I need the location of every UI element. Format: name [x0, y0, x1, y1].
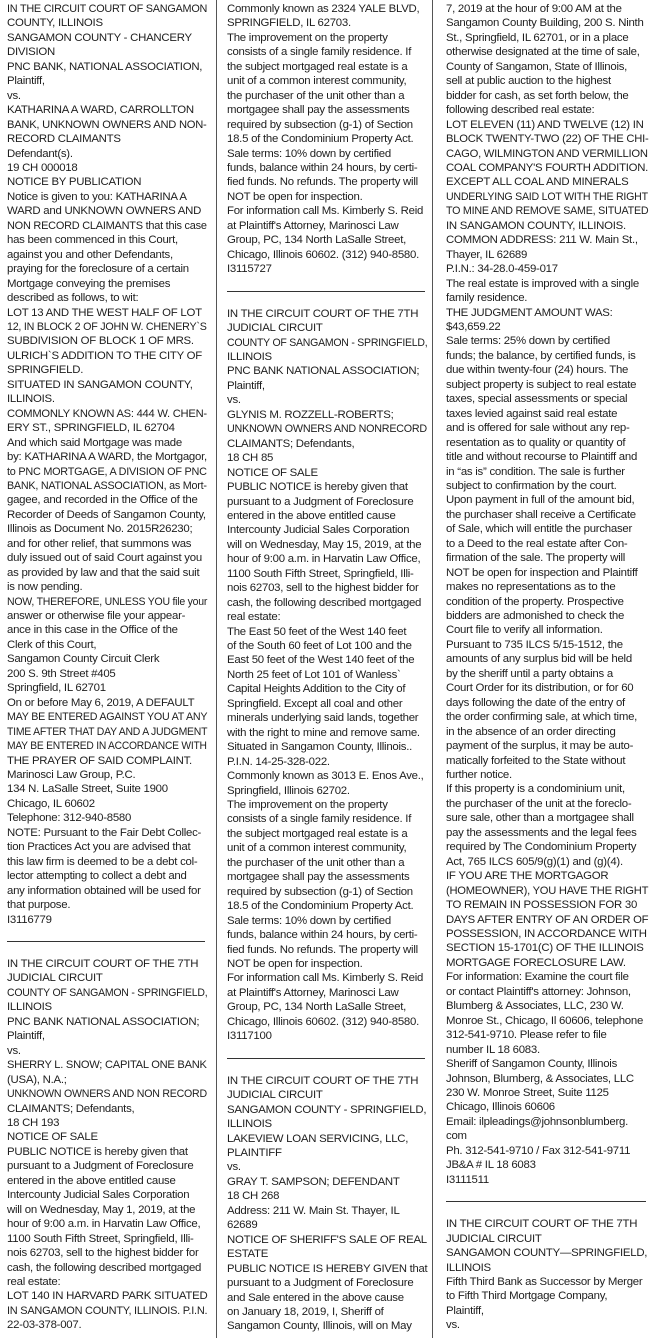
notice-text-line: the purchaser of the unit at the foreclo… — [446, 797, 648, 811]
notice-text-line: will on Wednesday, May 1, 2019, at the — [7, 1203, 207, 1217]
notice-text-line: SANGAMON COUNTY - CHANCERY — [7, 31, 207, 45]
notice-text-line: The improvement on the property — [227, 798, 427, 812]
notice-text-line: Sangamon County Building, 200 S. Ninth — [446, 16, 648, 30]
notice-text-line: vs. — [446, 1318, 648, 1332]
notice-text-line: Act, 765 ILCS 605/9(g)(1) and (g)(4). — [446, 855, 648, 869]
notice-text-line: NOT be open for inspection and Plaintiff — [446, 566, 648, 580]
notice-text-line: For information call Ms. Kimberly S. Rei… — [227, 204, 427, 218]
notice-text-line: to Fifth Third Mortgage Company, — [446, 1289, 648, 1303]
notice-text-line: and Sale entered in the above cause — [227, 1291, 427, 1305]
notice-text-line: LAKEVIEW LOAN SERVICING, LLC, — [227, 1132, 427, 1146]
notice-text-line: IF YOU ARE THE MORTGAGOR — [446, 869, 648, 883]
notice-text-line: The improvement on the property — [227, 31, 427, 45]
notice-text-line: required by subsection (g-1) of Section — [227, 118, 427, 132]
notice-text-line: sure sale, other than a mortgagee shall — [446, 811, 648, 825]
column-divider — [216, 0, 217, 1338]
notice-text-line: Chicago, Illinois 60606 — [446, 1100, 648, 1114]
notice-text-line: 200 S. 9th Street #405 — [7, 667, 207, 681]
notice-text-line: I3116779 — [7, 913, 207, 927]
notice-text-line: unit of a common interest community, — [227, 74, 427, 88]
notice-text-line: DIVISION — [7, 45, 207, 59]
notice-separator-rule — [227, 291, 425, 292]
notice-text-line: I3117100 — [227, 1029, 427, 1043]
notice-text-line: On or before May 6, 2019, A DEFAULT — [7, 696, 207, 710]
notice-text-line: Chicago, Illinois 60602. (312) 940-8580. — [227, 248, 427, 262]
notice-text-line: Thayer, IL 62689 — [446, 248, 648, 262]
notice-text-line: COMMON ADDRESS: 211 W. Main St., — [446, 233, 648, 247]
notice-text-line: 12, IN BLOCK 2 OF JOHN W. CHENERY`S — [7, 320, 195, 334]
notice-text-line: vs. — [227, 1160, 427, 1174]
notice-text-line: 18 CH 268 — [227, 1189, 427, 1203]
notice-text-line: Intercounty Judicial Sales Corporation — [227, 523, 427, 537]
notice-text-line: North 25 feet of Lot 101 of Wanless` — [227, 668, 427, 682]
notice-text-line: as provided by law and that the said sui… — [7, 566, 207, 580]
notice-text-line: Chicago, Illinois 60602. (312) 940-8580. — [227, 1015, 427, 1029]
notice-text-line: 18 CH 85 — [227, 451, 427, 465]
notice-text-line: ULRICH`S ADDITION TO THE CITY OF — [7, 349, 207, 363]
notice-text-line: will on Wednesday, May 15, 2019, at the — [227, 538, 427, 552]
notice-text-line: praying for the foreclosure of a certain — [7, 262, 207, 276]
notice-text-line: Fifth Third Bank as Successor by Merger — [446, 1275, 648, 1289]
notice-text-line: UNKNOWN OWNERS AND NONRECORD — [227, 422, 416, 436]
notice-text-line: by the sheriff until a party obtains a — [446, 667, 648, 681]
notice-text-line: firmation of the sale. The property will — [446, 551, 648, 565]
notice-text-line: vs. — [7, 1044, 207, 1058]
notice-text-line: in the absence of an order directing — [446, 725, 648, 739]
notice-text-line: County of Sangamon, State of Illinois, — [446, 60, 648, 74]
notice-text-line: at Plaintiff's Attorney, Marinosci Law — [227, 986, 427, 1000]
notice-text-line: the purchaser of the unit other than a — [227, 89, 427, 103]
legal-notice: 7, 2019 at the hour of 9:00 AM at theSan… — [446, 2, 648, 1187]
notice-text-line: Sale terms: 10% down by certified — [227, 147, 427, 161]
notice-text-line: mortgagee shall pay the assessments — [227, 103, 427, 117]
notice-text-line: duly issued out of said Court against yo… — [7, 551, 207, 565]
notice-text-line: is now pending. — [7, 580, 207, 594]
notice-text-line: And which said Mortgage was made — [7, 436, 207, 450]
notice-text-line: Court Order for its distribution, or for… — [446, 681, 648, 695]
notice-text-line: (HOMEOWNER), YOU HAVE THE RIGHT — [446, 884, 644, 898]
notice-text-line: JUDICIAL CIRCUIT — [227, 321, 427, 335]
notice-text-line: SANGAMON COUNTY - SPRINGFIELD, — [227, 1103, 427, 1117]
notice-text-line: funds, balance within 24 hours, by certi… — [227, 928, 427, 942]
notice-text-line: Springfield, IL 62701 — [7, 681, 207, 695]
notice-text-line: COUNTY, ILLINOIS — [7, 16, 207, 30]
notice-text-line: entered in the above entitled cause — [227, 509, 427, 523]
notice-text-line: cash, the following described mortgaged — [227, 596, 427, 610]
notice-text-line: ERY ST., SPRINGFIELD, IL 62704 — [7, 421, 207, 435]
notice-text-line: 1100 South Fifth Street, Springfield, Il… — [227, 567, 427, 581]
notice-text-line: Commonly known as 2324 YALE BLVD, — [227, 2, 427, 16]
notice-text-line: DAYS AFTER ENTRY OF AN ORDER OF — [446, 913, 646, 927]
notice-text-line: NOTICE OF SHERIFF'S SALE OF REAL — [227, 1233, 427, 1247]
notice-text-line: NOTE: Pursuant to the Fair Debt Collec- — [7, 826, 207, 840]
notice-text-line: mortgagee shall pay the assessments — [227, 870, 427, 884]
notice-text-line: Sale terms: 25% down by certified — [446, 334, 648, 348]
notice-text-line: WARD and UNKNOWN OWNERS AND — [7, 204, 207, 218]
notice-text-line: Plaintiff, — [227, 379, 427, 393]
notice-text-line: the purchaser shall receive a Certificat… — [446, 508, 648, 522]
notice-text-line: IN THE CIRCUIT COURT OF SANGAMON — [7, 2, 197, 16]
notice-text-line: NOTICE OF SALE — [227, 466, 427, 480]
notice-text-line: IN SANGAMON COUNTY, ILLINOIS. — [446, 219, 648, 233]
notice-separator-rule — [446, 1201, 646, 1202]
notice-text-line: Sangamon County, Illinois, will on May — [227, 1319, 427, 1333]
notice-text-line: makes no representations as to the — [446, 580, 648, 594]
notice-text-line: 18.5 of the Condominium Property Act. — [227, 132, 427, 146]
notice-text-line: SUBDIVISION OF BLOCK 1 OF MRS. — [7, 334, 207, 348]
notice-text-line: Recorder of Deeds of Sangamon County, — [7, 508, 207, 522]
column-1: IN THE CIRCUIT COURT OF SANGAMONCOUNTY, … — [7, 2, 207, 1338]
column-2: Commonly known as 2324 YALE BLVD,SPRINGF… — [227, 2, 427, 1338]
notice-text-line: POSSESSION, IN ACCORDANCE WITH — [446, 927, 648, 941]
notice-text-line: com — [446, 1129, 648, 1143]
notice-text-line: COMMONLY KNOWN AS: 444 W. CHEN- — [7, 407, 203, 421]
notice-text-line: ILLINOIS — [7, 1000, 207, 1014]
notice-text-line: nois 62703, sell to the highest bidder f… — [227, 581, 427, 595]
notice-text-line: condition of the property. Prospective — [446, 595, 648, 609]
notice-text-line: IN THE CIRCUIT COURT OF THE 7TH — [7, 957, 207, 971]
notice-text-line: UNKNOWN OWNERS AND NON RECORD — [7, 1087, 193, 1101]
notice-text-line: Sale terms: 10% down by certified — [227, 914, 427, 928]
notice-text-line: consists of a single family residence. I… — [227, 812, 427, 826]
notice-text-line: THE PRAYER OF SAID COMPLAINT. — [7, 754, 207, 768]
notice-text-line: vs. — [7, 89, 207, 103]
notice-text-line: BANK, UNKNOWN OWNERS AND NON- — [7, 118, 203, 132]
notice-text-line: IN THE CIRCUIT COURT OF THE 7TH — [227, 307, 427, 321]
notice-text-line: ILLINOIS — [227, 1117, 427, 1131]
notice-text-line: IN THE CIRCUIT COURT OF THE 7TH — [227, 1074, 427, 1088]
notice-text-line: NON RECORD CLAIMANTS that this case — [7, 219, 199, 233]
notice-text-line: family residence. — [446, 291, 648, 305]
notice-text-line: taxes levied against said real estate — [446, 407, 648, 421]
notice-text-line: Address: 211 W. Main St. Thayer, IL — [227, 1204, 427, 1218]
notice-text-line: bidders are admonished to check the — [446, 609, 648, 623]
notice-text-line: IN SANGAMON COUNTY, ILLINOIS. P.I.N. — [7, 1304, 199, 1318]
notice-text-line: described as follows, to wit: — [7, 291, 207, 305]
notice-text-line: 230 W. Monroe Street, Suite 1125 — [446, 1086, 648, 1100]
notice-text-line: the purchaser of the unit other than a — [227, 856, 427, 870]
notice-separator-rule — [227, 1058, 425, 1059]
notice-text-line: 312-541-9710. Please refer to file — [446, 1028, 648, 1042]
notice-text-line: funds; the balance, by certified funds, … — [446, 349, 648, 363]
notice-text-line: following described real estate: — [446, 103, 648, 117]
notice-text-line: TO REMAIN IN POSSESSION FOR 30 — [446, 898, 648, 912]
notice-text-line: Plaintiff, — [446, 1304, 648, 1318]
notice-text-line: Telephone: 312-940-8580 — [7, 811, 207, 825]
notice-text-line: on January 18, 2019, I, Sheriff of — [227, 1305, 427, 1319]
notice-text-line: Marinosci Law Group, P.C. — [7, 768, 207, 782]
notice-text-line: Intercounty Judicial Sales Corporation — [7, 1188, 207, 1202]
legal-notice: IN THE CIRCUIT COURT OF THE 7THJUDICIAL … — [446, 1217, 648, 1333]
notice-text-line: to a Deed to the real estate after Con- — [446, 537, 648, 551]
notice-text-line: and is offered for sale without any rep- — [446, 421, 648, 435]
notice-text-line: lector attempting to collect a debt and — [7, 869, 207, 883]
notice-text-line: has been commenced in this Court, — [7, 233, 207, 247]
notice-text-line: UNDERLYING SAID LOT WITH THE RIGHT — [446, 190, 634, 204]
notice-text-line: the order confirming sale, at which time… — [446, 710, 648, 724]
notice-text-line: gagee, and recorded in the Office of the — [7, 493, 207, 507]
notice-text-line: Court file to verify all information. — [446, 623, 648, 637]
notice-text-line: JB&A # IL 18 6083 — [446, 1158, 648, 1172]
notice-text-line: The East 50 feet of the West 140 feet — [227, 625, 427, 639]
notice-text-line: JUDICIAL CIRCUIT — [446, 1232, 648, 1246]
notice-text-line: tion Practices Act you are advised that — [7, 840, 207, 854]
notice-text-line: Pursuant to 735 ILCS 5/15-1512, the — [446, 638, 648, 652]
notice-text-line: of Sale, which will entitle the purchase… — [446, 522, 648, 536]
notice-text-line: SITUATED IN SANGAMON COUNTY, — [7, 378, 207, 392]
notice-text-line: LOT ELEVEN (11) AND TWELVE (12) IN — [446, 118, 648, 132]
notice-text-line: payment of the surplus, it may be auto- — [446, 739, 648, 753]
notice-text-line: If this property is a condominium unit, — [446, 782, 648, 796]
notice-text-line: subject to confirmation by the court. — [446, 479, 648, 493]
notice-text-line: sell at public auction to the highest — [446, 74, 648, 88]
notice-text-line: further notice. — [446, 768, 648, 782]
notice-text-line: by: KATHARINA A WARD, the Mortgagor, — [7, 450, 207, 464]
notice-text-line: NOTICE OF SALE — [7, 1130, 207, 1144]
notice-text-line: hour of 9:00 a.m. in Harvatin Law Office… — [227, 552, 427, 566]
notice-text-line: PNC BANK, NATIONAL ASSOCIATION, — [7, 60, 207, 74]
notice-text-line: required by subsection (g-1) of Section — [227, 885, 427, 899]
legal-notice: IN THE CIRCUIT COURT OF THE 7THJUDICIAL … — [227, 1074, 427, 1334]
notice-text-line: consists of a single family residence. I… — [227, 45, 427, 59]
notice-text-line: TO MINE AND REMOVE SAME, SITUATED — [446, 204, 636, 218]
notice-text-line: East 50 feet of the West 140 feet of the — [227, 653, 427, 667]
notice-text-line: fied funds. No refunds. The property wil… — [227, 175, 427, 189]
notice-text-line: Plaintiff, — [7, 1029, 207, 1043]
notice-text-line: 7, 2019 at the hour of 9:00 AM at the — [446, 2, 648, 16]
notice-text-line: and for other relief, that summons was — [7, 537, 207, 551]
notice-text-line: PUBLIC NOTICE IS HEREBY GIVEN that — [227, 1262, 424, 1276]
notice-text-line: number IL 18 6083. — [446, 1043, 648, 1057]
notice-text-line: the subject mortgaged real estate is a — [227, 60, 427, 74]
notice-text-line: resentation as to quality or quantity of — [446, 436, 648, 450]
notice-text-line: Ph. 312-541-9710 / Fax 312-541-9711 — [446, 1144, 648, 1158]
notice-text-line: SANGAMON COUNTY—SPRINGFIELD, — [446, 1246, 648, 1260]
notice-text-line: Group, PC, 134 North LaSalle Street, — [227, 233, 427, 247]
notice-text-line: cash, the following described mortgaged — [7, 1261, 207, 1275]
notice-text-line: otherwise designated at the time of sale… — [446, 45, 648, 59]
notice-text-line: SPRINGFIELD. — [7, 363, 207, 377]
notice-text-line: COAL COMPANY'S FOURTH ADDITION. — [446, 161, 647, 175]
notice-text-line: Clerk of this Court, — [7, 638, 207, 652]
notice-text-line: Situated in Sangamon County, Illinois.. — [227, 740, 427, 754]
notice-text-line: unit of a common interest community, — [227, 841, 427, 855]
notice-text-line: in “as is” condition. The sale is furthe… — [446, 465, 648, 479]
notice-text-line: or contact Plaintiff's attorney: Johnson… — [446, 985, 648, 999]
notice-text-line: LOT 13 AND THE WEST HALF OF LOT — [7, 306, 207, 320]
notice-text-line: P.I.N.: 34-28.0-459-017 — [446, 262, 648, 276]
notice-text-line: (USA), N.A.; — [7, 1073, 207, 1087]
legal-notice: IN THE CIRCUIT COURT OF THE 7THJUDICIAL … — [227, 307, 427, 1044]
notice-text-line: I3111511 — [446, 1173, 648, 1187]
notice-text-line: CLAIMANTS; Defendants, — [227, 437, 427, 451]
notice-text-line: the subject mortgaged real estate is a — [227, 827, 427, 841]
notice-text-line: 62689 — [227, 1218, 427, 1232]
notice-text-line: The real estate is improved with a singl… — [446, 277, 648, 291]
notice-text-line: Email: ilpleadings@johnsonblumberg. — [446, 1115, 648, 1129]
notice-text-line: THE JUDGMENT AMOUNT WAS: — [446, 306, 648, 320]
notice-text-line: JUDICIAL CIRCUIT — [7, 971, 207, 985]
notice-text-line: SHERRY L. SNOW; CAPITAL ONE BANK — [7, 1058, 202, 1072]
notice-text-line: due within twenty-four (24) hours. The — [446, 363, 648, 377]
notice-text-line: at Plaintiff's Attorney, Marinosci Law — [227, 219, 427, 233]
notice-text-line: pursuant to a Judgment of Foreclosure — [227, 495, 427, 509]
notice-text-line: EXCEPT ALL COAL AND MINERALS — [446, 175, 648, 189]
notice-text-line: Capital Heights Addition to the City of — [227, 682, 427, 696]
notice-text-line: BLOCK TWENTY-TWO (22) OF THE CHI- — [446, 132, 645, 146]
notice-text-line: PNC BANK NATIONAL ASSOCIATION; — [227, 364, 427, 378]
notice-text-line: Blumberg & Associates, LLC, 230 W. — [446, 999, 648, 1013]
notice-text-line: pay the assessments and the legal fees — [446, 826, 648, 840]
notice-text-line: Monroe St., Chicago, Il 60606, telephone — [446, 1014, 648, 1028]
notice-text-line: entered in the above entitled cause — [7, 1174, 207, 1188]
notice-text-line: CAGO, WILMINGTON AND VERMILLION — [446, 147, 645, 161]
notice-text-line: ILLINOIS. — [7, 392, 207, 406]
notice-text-line: fied funds. No refunds. The property wil… — [227, 943, 427, 957]
notice-text-line: vs. — [227, 393, 427, 407]
notice-text-line: 19 CH 000018 — [7, 161, 207, 175]
notice-text-line: 1100 South Fifth Street, Springfield, Il… — [7, 1232, 207, 1246]
notice-separator-rule — [7, 941, 205, 942]
notice-text-line: 18.5 of the Condominium Property Act. — [227, 899, 427, 913]
notice-text-line: NOTICE BY PUBLICATION — [7, 175, 207, 189]
notice-text-line: real estate: — [227, 610, 427, 624]
notice-text-line: PLAINTIFF — [227, 1146, 427, 1160]
notice-text-line: MAY BE ENTERED IN ACCORDANCE WITH — [7, 739, 187, 753]
notice-text-line: with the right to mine and remove same. — [227, 726, 427, 740]
notice-text-line: Mortgage conveying the premises — [7, 277, 207, 291]
notice-text-line: SECTION 15-1701(C) OF THE ILLINOIS — [446, 941, 648, 955]
notice-text-line: 22-03-378-007. — [7, 1318, 207, 1332]
notice-text-line: Springfield, Illinois 62702. — [227, 784, 427, 798]
notice-text-line: this law firm is deemed to be a debt col… — [7, 855, 207, 869]
notice-text-line: Commonly known as 3013 E. Enos Ave., — [227, 769, 427, 783]
notice-text-line: Illinois as Document No. 2015R26230; — [7, 522, 207, 536]
legal-notice: IN THE CIRCUIT COURT OF SANGAMONCOUNTY, … — [7, 2, 207, 927]
column-divider — [432, 0, 433, 1338]
notice-text-line: real estate: — [7, 1275, 207, 1289]
notice-text-line: TIME AFTER THAT DAY AND A JUDGMENT — [7, 725, 190, 739]
notice-text-line: against you and other Defendants, — [7, 248, 207, 262]
notice-text-line: days following the date of the entry of — [446, 696, 648, 710]
notice-text-line: Johnson, Blumberg, & Associates, LLC — [446, 1072, 648, 1086]
column-3: 7, 2019 at the hour of 9:00 AM at theSan… — [446, 2, 648, 1338]
notice-text-line: that purpose. — [7, 898, 207, 912]
notice-text-line: BANK, NATIONAL ASSOCIATION, as Mort- — [7, 479, 196, 493]
notice-text-line: NOT be open for inspection. — [227, 190, 427, 204]
notice-text-line: ance in this case in the Office of the — [7, 623, 207, 637]
notice-text-line: bidder for cash, as set forth below, the — [446, 89, 648, 103]
notice-text-line: GRAY T. SAMPSON; DEFENDANT — [227, 1175, 427, 1189]
notice-text-line: RECORD CLAIMANTS — [7, 132, 207, 146]
notice-text-line: 18 CH 193 — [7, 1116, 207, 1130]
notice-text-line: nois 62703, sell to the highest bidder f… — [7, 1246, 207, 1260]
notice-text-line: of the South 60 feet of Lot 100 and the — [227, 639, 427, 653]
notice-text-line: PUBLIC NOTICE is hereby given that — [7, 1145, 207, 1159]
notice-text-line: St., Springfield, IL 62701, or in a plac… — [446, 31, 648, 45]
notice-text-line: answer or otherwise file your appear- — [7, 609, 207, 623]
notice-text-line: For information: Examine the court file — [446, 970, 648, 984]
notice-text-line: KATHARINA A WARD, CARROLLTON — [7, 103, 207, 117]
notice-text-line: Upon payment in full of the amount bid, — [446, 493, 648, 507]
notice-text-line: Group, PC, 134 North LaSalle Street, — [227, 1000, 427, 1014]
notice-text-line: P.I.N. 14-25-328-022. — [227, 755, 427, 769]
notice-text-line: Notice is given to you: KATHARINA A — [7, 190, 207, 204]
notice-text-line: to PNC MORTGAGE, A DIVISION OF PNC — [7, 465, 197, 479]
notice-text-line: ESTATE — [227, 1247, 427, 1261]
notice-text-line: matically forfeited to the State without — [446, 754, 648, 768]
legal-notice: Commonly known as 2324 YALE BLVD,SPRINGF… — [227, 2, 427, 277]
notice-text-line: MAY BE ENTERED AGAINST YOU AT ANY — [7, 710, 195, 724]
notice-text-line: title and without recourse to Plaintiff … — [446, 450, 648, 464]
notice-text-line: JUDICIAL CIRCUIT — [227, 1088, 427, 1102]
notice-text-line: Chicago, IL 60602 — [7, 797, 207, 811]
notice-text-line: NOW, THEREFORE, UNLESS YOU file your — [7, 595, 191, 609]
notice-text-line: I3115727 — [227, 262, 427, 276]
notice-text-line: Sheriff of Sangamon County, Illinois — [446, 1057, 648, 1071]
legal-notices-page: IN THE CIRCUIT COURT OF SANGAMONCOUNTY, … — [0, 0, 652, 1338]
notice-text-line: CLAIMANTS; Defendants, — [7, 1102, 207, 1116]
notice-text-line: taxes, special assessments or special — [446, 392, 648, 406]
notice-text-line: pursuant to a Judgment of Foreclosure — [227, 1276, 427, 1290]
notice-text-line: Sangamon County Circuit Clerk — [7, 652, 207, 666]
notice-text-line: ILLINOIS — [446, 1261, 648, 1275]
notice-text-line: GLYNIS M. ROZZELL-ROBERTS; — [227, 408, 427, 422]
notice-text-line: funds, balance within 24 hours, by certi… — [227, 161, 427, 175]
notice-text-line: MORTGAGE FORECLOSURE LAW. — [446, 956, 648, 970]
notice-text-line: ILLINOIS — [227, 350, 427, 364]
notice-text-line: SPRINGFIELD, IL 62703. — [227, 16, 427, 30]
notice-text-line: COUNTY OF SANGAMON - SPRINGFIELD, — [227, 336, 411, 350]
notice-text-line: Springfield. Except all coal and other — [227, 697, 427, 711]
notice-text-line: PUBLIC NOTICE is hereby given that — [227, 480, 427, 494]
notice-text-line: pursuant to a Judgment of Foreclosure — [7, 1159, 207, 1173]
notice-text-line: hour of 9:00 a.m. in Harvatin Law Office… — [7, 1217, 207, 1231]
notice-text-line: PNC BANK NATIONAL ASSOCIATION; — [7, 1015, 207, 1029]
notice-text-line: Plaintiff, — [7, 74, 207, 88]
notice-text-line: 134 N. LaSalle Street, Suite 1900 — [7, 782, 207, 796]
notice-text-line: $43,659.22 — [446, 320, 648, 334]
notice-text-line: subject property is subject to real esta… — [446, 378, 648, 392]
notice-text-line: any information obtained will be used fo… — [7, 884, 207, 898]
notice-text-line: IN THE CIRCUIT COURT OF THE 7TH — [446, 1217, 648, 1231]
notice-text-line: For information call Ms. Kimberly S. Rei… — [227, 971, 427, 985]
notice-text-line: amounts of any surplus bid will be held — [446, 652, 648, 666]
notice-text-line: COUNTY OF SANGAMON - SPRINGFIELD, — [7, 986, 191, 1000]
notice-text-line: NOT be open for inspection. — [227, 957, 427, 971]
notice-text-line: Defendant(s). — [7, 147, 207, 161]
notice-text-line: minerals underlying said lands, together — [227, 711, 427, 725]
notice-text-line: LOT 140 IN HARVARD PARK SITUATED — [7, 1289, 207, 1303]
notice-text-line: required by The Condominium Property — [446, 840, 648, 854]
legal-notice: IN THE CIRCUIT COURT OF THE 7THJUDICIAL … — [7, 957, 207, 1333]
